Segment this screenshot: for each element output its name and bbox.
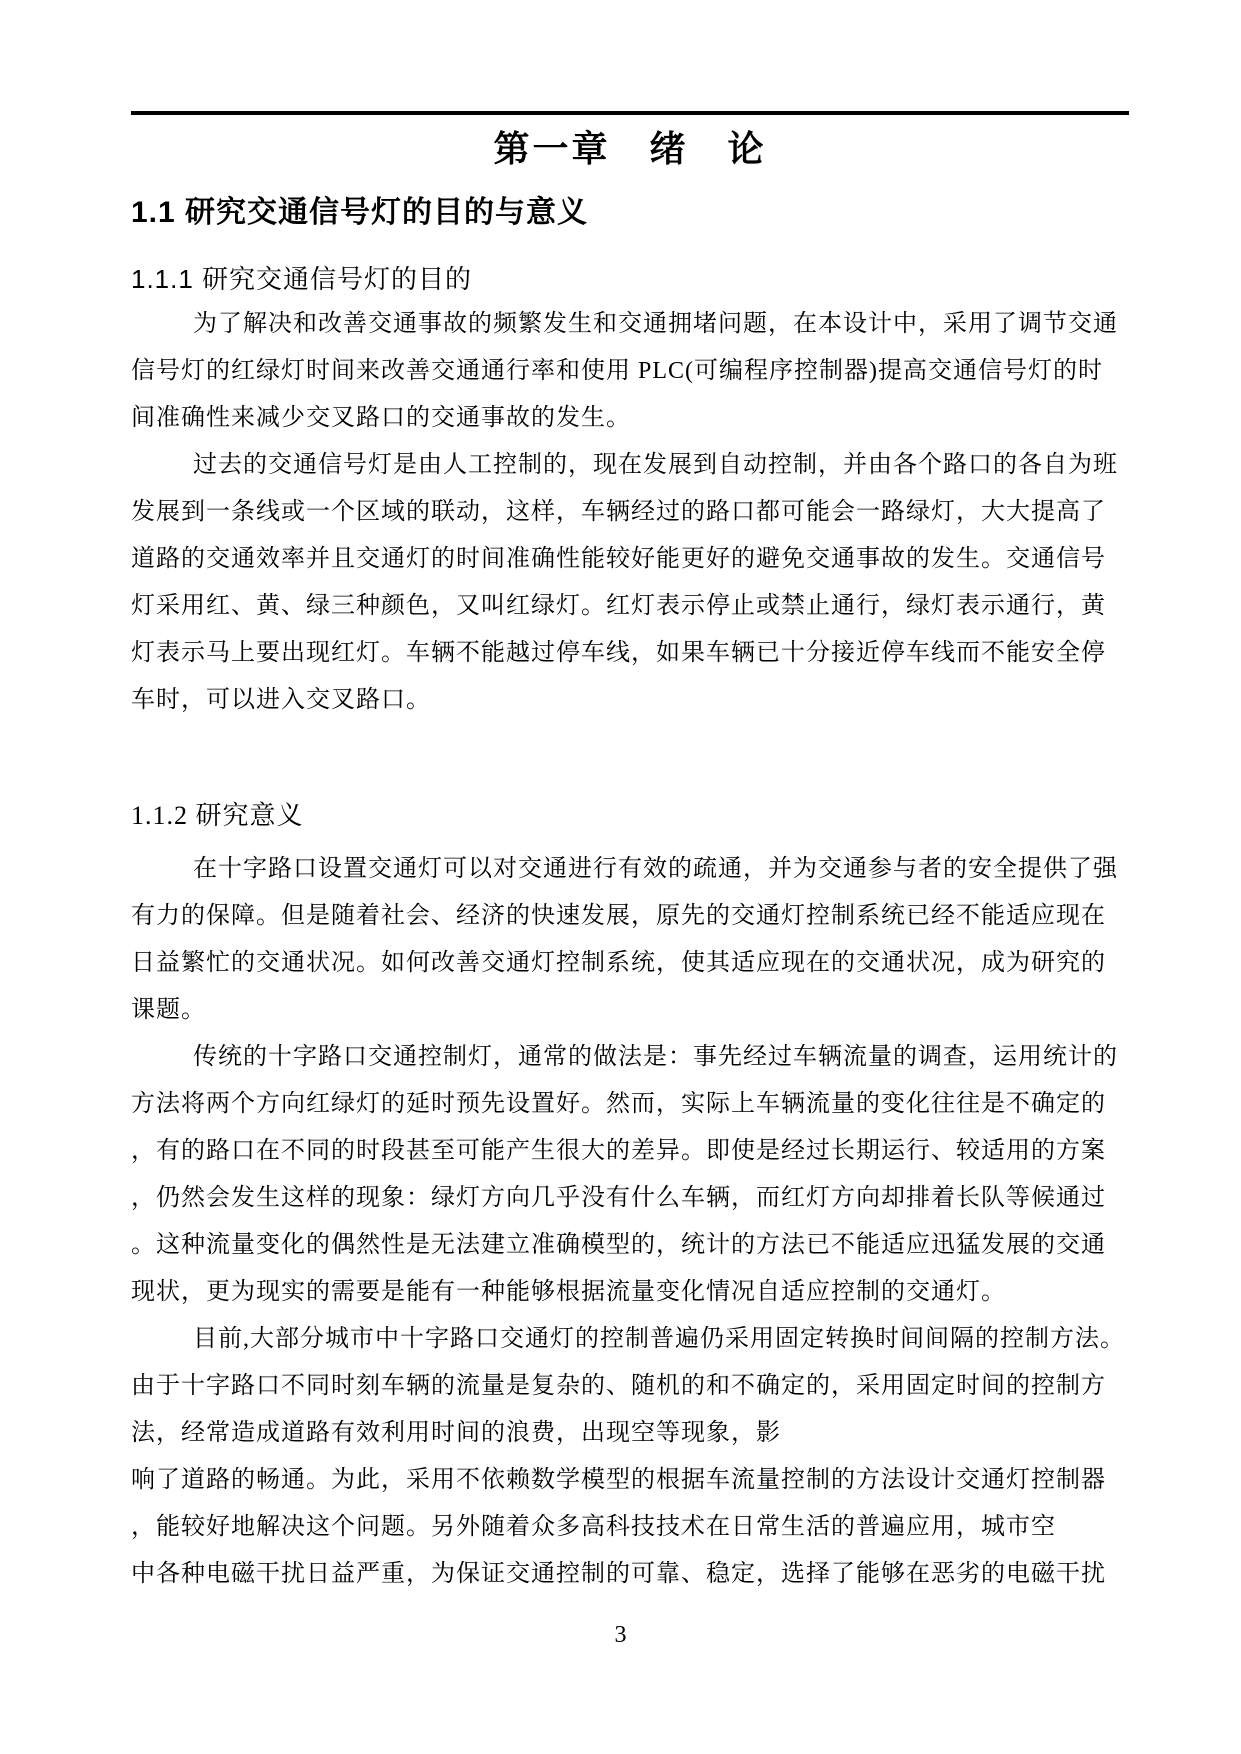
body-line: 车时，可以进入交叉路口。 [131, 677, 1129, 724]
body-line: 道路的交通效率并且交通灯的时间准确性能较好能更好的避免交通事故的发生。交通信号 [131, 536, 1129, 583]
body-line: 为了解决和改善交通事故的频繁发生和交通拥堵问题，在本设计中，采用了调节交通 [131, 301, 1129, 348]
subsection-heading-1-1-1: 1.1.1 研究交通信号灯的目的 [131, 263, 1129, 295]
chapter-title: 第一章 绪 论 [131, 129, 1129, 169]
body-line: 日益繁忙的交通状况。如何改善交通灯控制系统，使其适应现在的交通状况，成为研究的 [131, 940, 1129, 987]
body-line: 。这种流量变化的偶然性是无法建立准确模型的，统计的方法已不能适应迅猛发展的交通 [131, 1222, 1129, 1269]
body-line: 目前,大部分城市中十字路口交通灯的控制普遍仍采用固定转换时间间隔的控制方法。 [131, 1316, 1129, 1363]
body-line: 现状，更为现实的需要是能有一种能够根据流量变化情况自适应控制的交通灯。 [131, 1269, 1129, 1316]
body-line: 有力的保障。但是随着社会、经济的快速发展，原先的交通灯控制系统已经不能适应现在 [131, 893, 1129, 940]
body-line: 间准确性来减少交叉路口的交通事故的发生。 [131, 395, 1129, 442]
section-heading-1-1: 1.1 研究交通信号灯的目的与意义 [131, 193, 1129, 233]
body-line: 过去的交通信号灯是由人工控制的，现在发展到自动控制，并由各个路口的各自为班 [131, 442, 1129, 489]
paragraph-purpose-1: 为了解决和改善交通事故的频繁发生和交通拥堵问题，在本设计中，采用了调节交通信号灯… [131, 301, 1129, 442]
body-line: 方法将两个方向红绿灯的延时预先设置好。然而，实际上车辆流量的变化往往是不确定的 [131, 1081, 1129, 1128]
body-line: 课题。 [131, 987, 1129, 1034]
paragraph-significance-3: 目前,大部分城市中十字路口交通灯的控制普遍仍采用固定转换时间间隔的控制方法。由于… [131, 1316, 1129, 1598]
body-line: 传统的十字路口交通控制灯，通常的做法是：事先经过车辆流量的调查，运用统计的 [131, 1034, 1129, 1081]
document-page: 第一章 绪 论 1.1 研究交通信号灯的目的与意义 1.1.1 研究交通信号灯的… [0, 0, 1241, 1754]
body-line: 法，经常造成道路有效利用时间的浪费，出现空等现象，影 [131, 1410, 1129, 1457]
page-content: 第一章 绪 论 1.1 研究交通信号灯的目的与意义 1.1.1 研究交通信号灯的… [131, 111, 1129, 1598]
body-line: 发展到一条线或一个区域的联动，这样，车辆经过的路口都可能会一路绿灯，大大提高了 [131, 489, 1129, 536]
body-line: 灯采用红、黄、绿三种颜色，又叫红绿灯。红灯表示停止或禁止通行，绿灯表示通行，黄 [131, 583, 1129, 630]
body-line: 中各种电磁干扰日益严重，为保证交通控制的可靠、稳定，选择了能够在恶劣的电磁干扰 [131, 1551, 1129, 1598]
body-line: 由于十字路口不同时刻车辆的流量是复杂的、随机的和不确定的，采用固定时间的控制方 [131, 1363, 1129, 1410]
paragraph-purpose-2: 过去的交通信号灯是由人工控制的，现在发展到自动控制，并由各个路口的各自为班发展到… [131, 442, 1129, 724]
header-rule [131, 111, 1129, 115]
paragraph-significance-2: 传统的十字路口交通控制灯，通常的做法是：事先经过车辆流量的调查，运用统计的方法将… [131, 1034, 1129, 1316]
body-line: 响了道路的畅通。为此，采用不依赖数学模型的根据车流量控制的方法设计交通灯控制器 [131, 1457, 1129, 1504]
subsection-heading-1-1-2: 1.1.2 研究意义 [131, 800, 1129, 832]
body-line: 在十字路口设置交通灯可以对交通进行有效的疏通，并为交通参与者的安全提供了强 [131, 846, 1129, 893]
body-line: 灯表示马上要出现红灯。车辆不能越过停车线，如果车辆已十分接近停车线而不能安全停 [131, 630, 1129, 677]
body-line: ，能较好地解决这个问题。另外随着众多高科技技术在日常生活的普遍应用，城市空 [131, 1504, 1129, 1551]
body-line: ，有的路口在不同的时段甚至可能产生很大的差异。即使是经过长期运行、较适用的方案 [131, 1128, 1129, 1175]
body-line: ，仍然会发生这样的现象：绿灯方向几乎没有什么车辆，而红灯方向却排着长队等候通过 [131, 1175, 1129, 1222]
paragraph-significance-1: 在十字路口设置交通灯可以对交通进行有效的疏通，并为交通参与者的安全提供了强有力的… [131, 846, 1129, 1034]
page-number: 3 [0, 1620, 1241, 1650]
body-line: 信号灯的红绿灯时间来改善交通通行率和使用 PLC(可编程序控制器)提高交通信号灯… [131, 348, 1129, 395]
